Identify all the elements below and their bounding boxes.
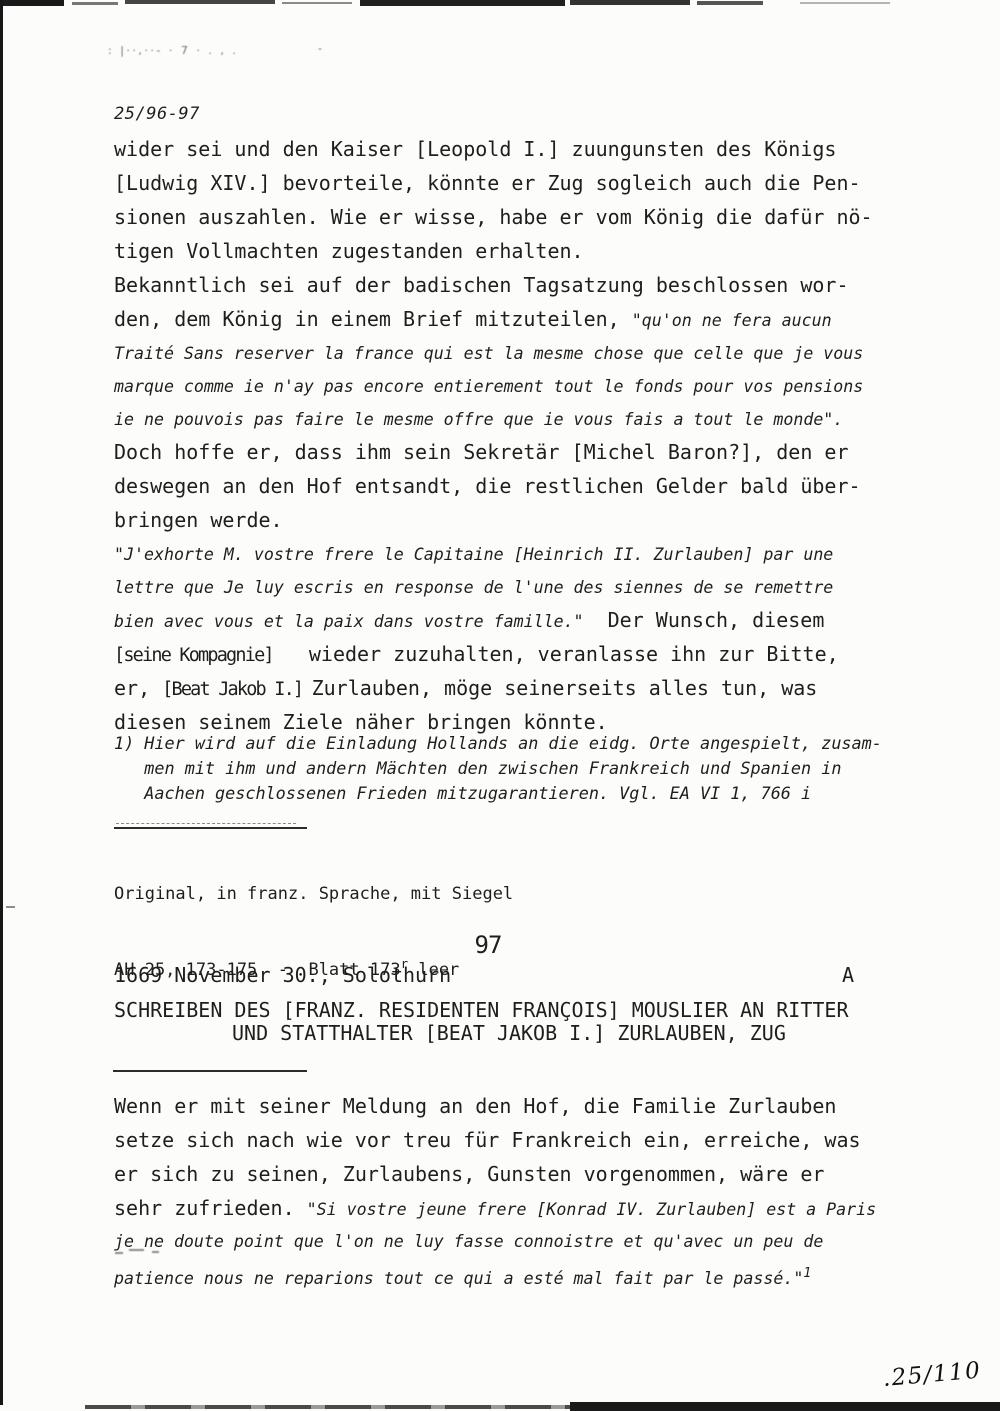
text-line: patience nous ne reparions tout ce qui a… [114,1258,876,1295]
entry-title-line1: SCHREIBEN DES [FRANZ. RESIDENTEN FRANÇOI… [114,998,849,1022]
text-line: deswegen an den Hof entsandt, die restli… [114,470,873,504]
text-line: Wenn er mit seiner Meldung an den Hof, d… [114,1090,876,1124]
text-line: 1) Hier wird auf die Einladung Hollands … [114,731,882,756]
scan-edge-artifact [0,0,3,1405]
scan-edge-artifact [6,906,15,908]
text-line: ie ne pouvois pas faire le mesme offre q… [114,403,873,436]
text-line: tigen Vollmachten zugestanden erhalten. [114,235,873,269]
text-line: Doch hoffe er, dass ihm sein Sekretär [M… [114,436,873,470]
scan-edge-artifact [697,1,763,5]
text-line: er, [Beat Jakob I.] Zurlauben, möge sein… [114,672,873,706]
scan-edge-artifact [282,2,352,4]
text-line: "J'exhorte M. vostre frere le Capitaine … [114,538,873,571]
scan-edge-artifact [85,1405,575,1409]
text-line: lettre que Je luy escris en response de … [114,571,873,604]
text-line: sehr zufrieden. "Si vostre jeune frere [… [114,1192,876,1226]
scan-edge-artifact [570,1402,1000,1411]
pencil-smudge: : |··,··- · 7 · . , . [108,44,238,57]
entry-marginal-letter: A [842,963,854,987]
separator-rule [116,823,296,824]
text-line: Aachen geschlossenen Frieden mitzugarant… [114,781,882,806]
pencil-smudge [129,1249,144,1251]
handwritten-archive-mark: .25/110 [882,1357,983,1392]
scan-edge-artifact [0,0,64,6]
scan-edge-artifact [360,0,565,6]
scan-edge-artifact [72,2,118,5]
text-line: er sich zu seinen, Zurlaubens, Gunsten v… [114,1158,876,1192]
scan-edge-artifact [800,2,890,4]
text-line: bien avec vous et la paix dans vostre fa… [114,604,873,638]
text-line: Traité Sans reserver la france qui est l… [114,337,873,370]
page-number-header: 25/96-97 [114,104,200,124]
source-note-line: Original, in franz. Sprache, mit Siegel [114,883,513,906]
body-paragraph-entry96: wider sei und den Kaiser [Leopold I.] zu… [114,133,873,740]
text-line: marque comme ie n'ay pas encore entierem… [114,370,873,403]
entry-title-line2: UND STATTHALTER [BEAT JAKOB I.] ZURLAUBE… [232,1021,786,1045]
text-line: je ne doute point que l'on ne luy fasse … [114,1226,876,1258]
scan-edge-artifact [570,0,690,5]
footnote: 1) Hier wird auf die Einladung Hollands … [114,731,882,806]
text-line: bringen werde. [114,504,873,538]
text-line: Bekanntlich sei auf der badischen Tagsat… [114,269,873,303]
text-line: [seine Kompagnie] wieder zuzuhalten, ver… [114,638,873,672]
text-line: wider sei und den Kaiser [Leopold I.] zu… [114,133,873,167]
body-paragraph-entry97: Wenn er mit seiner Meldung an den Hof, d… [114,1090,876,1295]
scan-edge-artifact [125,0,275,4]
scanned-document-page: : |··,··- · 7 · . , . - 25/96-97 wider s… [0,0,1000,1411]
entry-number: 97 [115,931,861,959]
text-line: men mit ihm und andern Mächten den zwisc… [114,756,882,781]
pencil-smudge: - [318,42,324,55]
pencil-smudge [152,1251,159,1253]
text-line: den, dem König in einem Brief mitzuteile… [114,303,873,337]
pencil-smudge [115,1252,123,1254]
separator-rule [114,827,307,829]
text-line: [Ludwig XIV.] bevorteile, könnte er Zug … [114,167,873,201]
separator-rule [113,1070,307,1072]
text-line: sionen auszahlen. Wie er wisse, habe er … [114,201,873,235]
text-line: setze sich nach wie vor treu für Frankre… [114,1124,876,1158]
entry-dateline: 1669 November 30., Solothurn [114,963,451,987]
